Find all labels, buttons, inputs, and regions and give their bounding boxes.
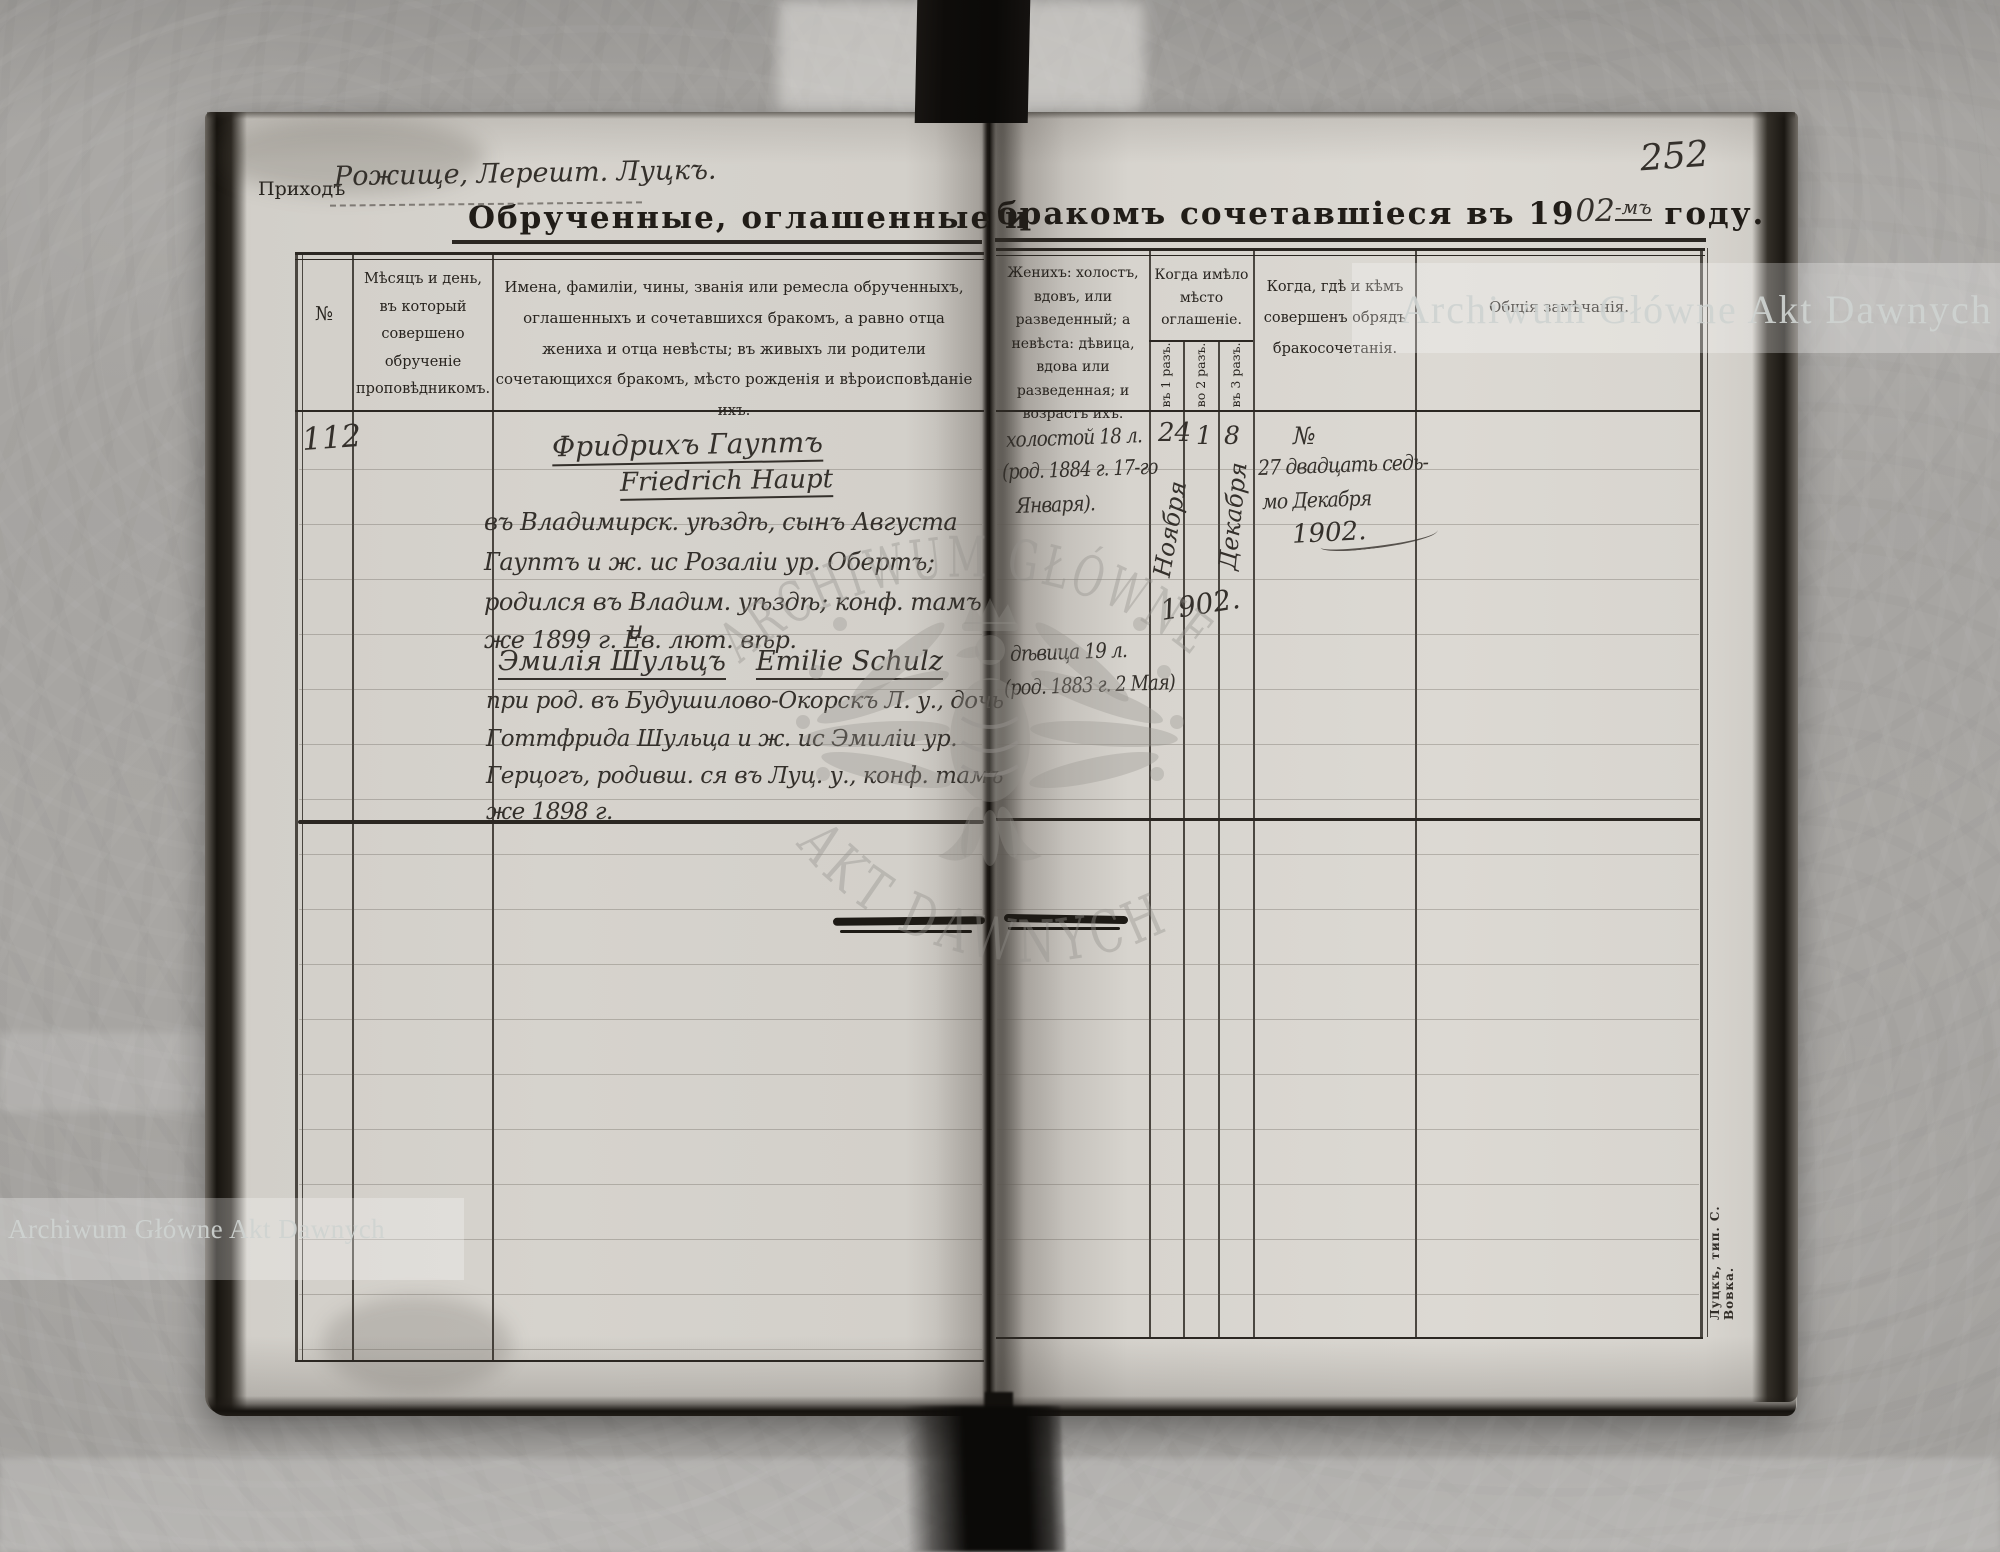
left-table-bottom-border	[295, 1360, 984, 1362]
right-table-right-border-inner	[1707, 248, 1708, 1337]
title-left-part: Обрученные, оглашенные и	[468, 200, 1030, 236]
title-tail-printed: году.	[1664, 196, 1765, 232]
groom-status-line-1: холостой 18 л.	[1006, 423, 1143, 452]
record-number: 112	[301, 418, 363, 458]
title-rule-right	[995, 238, 1706, 242]
right-table-right-border	[1700, 248, 1703, 1337]
title-year-suffix-handwritten: -мъ	[1615, 195, 1652, 221]
eagle-icon	[796, 598, 1184, 866]
header-remarks: Общія замѣчанія.	[1420, 298, 1698, 316]
right-table-bottom-border	[996, 1337, 1703, 1339]
header-marriage: Когда, гдѣ и кѣмъ совершенъ обрядъ брако…	[1258, 272, 1412, 366]
left-table-left-border	[295, 252, 298, 1362]
header-month-day: Мѣсяцъ и день, въ который совершено обру…	[356, 266, 490, 404]
binding-strap-bottom	[902, 1406, 1065, 1552]
banns-third-day: 8	[1224, 421, 1240, 450]
background-light-band-left	[0, 1032, 230, 1112]
page-number: 252	[1639, 134, 1710, 180]
bride-name-cyrillic: Эмилія Шульцъ	[498, 646, 726, 680]
header-status: Женихъ: холостъ, вдовъ, или разведенный;…	[1002, 262, 1144, 427]
header-banns: Когда имѣло мѣсто оглашеніе.	[1150, 264, 1253, 332]
title-right-printed: бракомъ сочетавшіеся въ 19	[997, 196, 1575, 232]
agad-eagle-watermark: ARCHIWUM GŁÓWNE AKT DAWNYCH	[748, 512, 1232, 1060]
printer-imprint: Луцкъ, тип. С. Вовка.	[1708, 1188, 1736, 1320]
marriage-line-no: №	[1293, 422, 1316, 450]
left-table-top-border	[295, 252, 984, 255]
title-rule-left	[452, 240, 982, 244]
archival-scan: Приходъ Рожище, Лерешт. Луцкъ. 252 Обруч…	[0, 0, 2000, 1552]
banns-first-day: 24	[1158, 418, 1191, 448]
right-table-top-border-inner	[996, 255, 1705, 256]
header-no: №	[296, 303, 352, 325]
left-table-top-border-inner	[295, 259, 984, 260]
binding-strap-top	[915, 0, 1031, 123]
title-year-handwritten: 02	[1575, 193, 1614, 229]
header-names: Имена, фамиліи, чины, званія или ремесла…	[494, 272, 974, 426]
book-left-page-edges	[205, 112, 247, 1414]
parish-label: Приходъ	[258, 178, 345, 200]
groom-name-latin: Friedrich Haupt	[620, 464, 834, 501]
right-table-top-border	[996, 248, 1705, 251]
groom-name-cyrillic: Фридрихъ Гауптъ	[552, 426, 824, 467]
banns-second-day: 1	[1196, 421, 1212, 450]
book-right-page-edges	[1752, 112, 1798, 1402]
title-right-part: бракомъ сочетавшіеся въ 1902-мъ году.	[997, 196, 1765, 232]
marriage-line-2: мо Декабря	[1262, 486, 1372, 514]
conjunction-and: и	[628, 616, 643, 644]
